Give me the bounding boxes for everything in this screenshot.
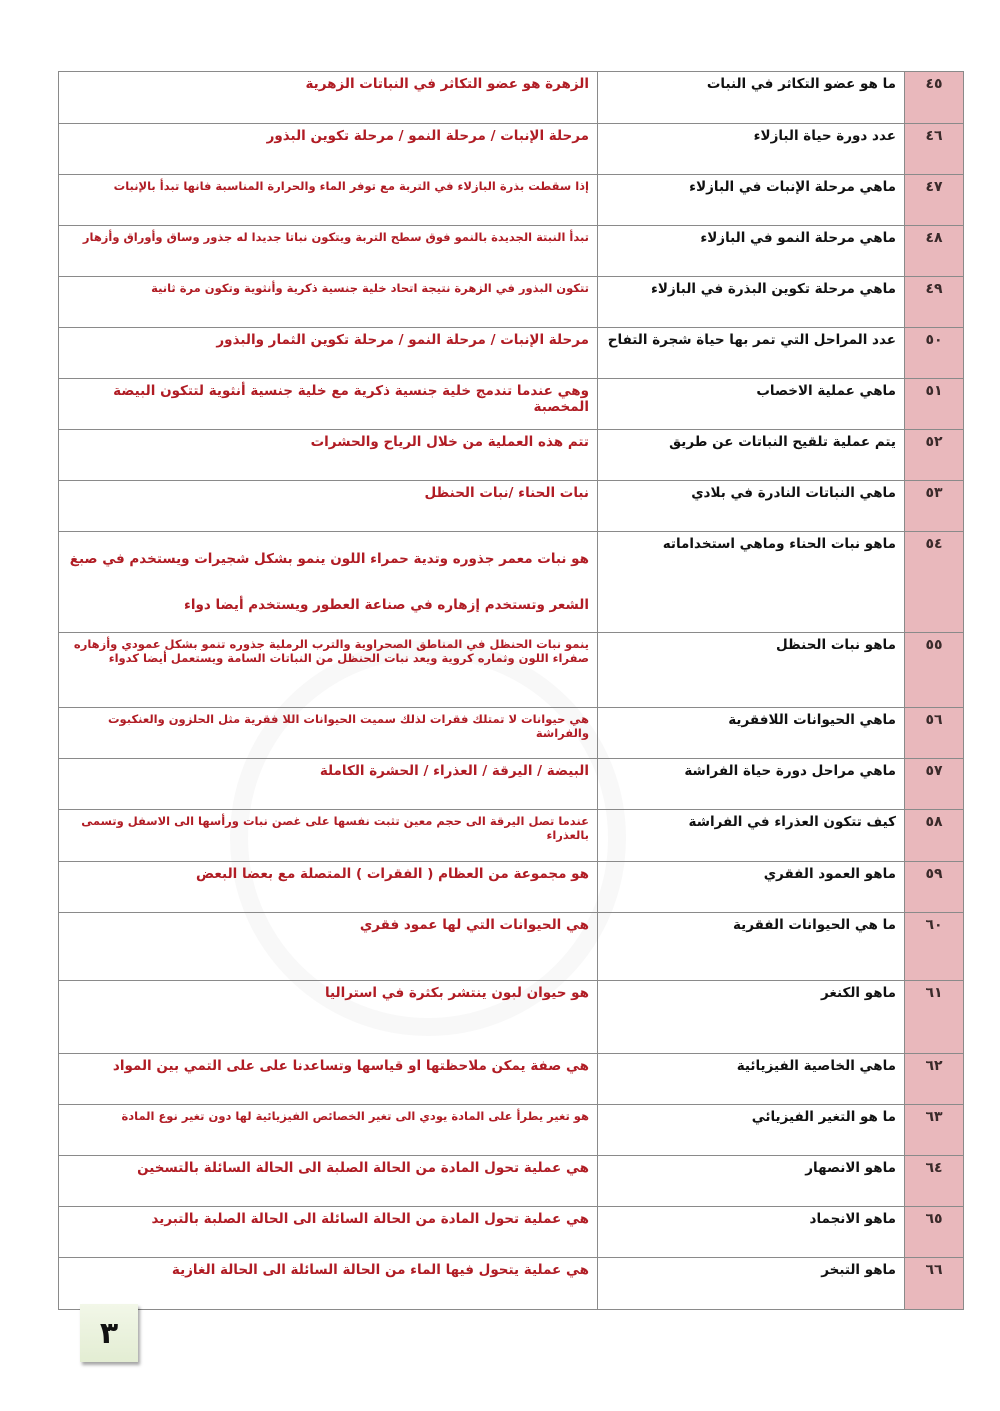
answer-cell: هي حيوانات لا تمتلك فقرات لذلك سميت الحي… [59, 708, 598, 759]
table-row: ٥٦ ماهي الحيوانات اللافقرية هي حيوانات ل… [59, 708, 964, 759]
question-cell: ماهي الحيوانات اللافقرية [598, 708, 905, 759]
qa-table-body: ٤٥ ما هو عضو التكاثر في النبات الزهرة هو… [59, 72, 964, 1310]
question-number: ٥٨ [905, 810, 964, 862]
table-row: ٦١ ماهو الكنغر هو حيوان لبون ينتشر بكثرة… [59, 981, 964, 1054]
question-cell: ماهو نبات الحناء وماهي استخداماته [598, 532, 905, 633]
question-number: ٥٩ [905, 862, 964, 913]
question-cell: ماهو الانصهار [598, 1156, 905, 1207]
table-row: ٥٤ ماهو نبات الحناء وماهي استخداماته هو … [59, 532, 964, 633]
question-number: ٦٢ [905, 1054, 964, 1105]
answer-cell: هي صفة يمكن ملاحظتها او قياسها وتساعدنا … [59, 1054, 598, 1105]
table-row: ٥٩ ماهو العمود الفقري هو مجموعة من العظا… [59, 862, 964, 913]
question-number: ٥٧ [905, 759, 964, 810]
table-row: ٥١ ماهي عملية الاخصاب وهي عندما تندمج خل… [59, 379, 964, 430]
table-row: ٥٨ كيف تتكون العذراء في الفراشة عندما تص… [59, 810, 964, 862]
question-cell: ماهو التبخر [598, 1258, 905, 1310]
table-row: ٥٥ ماهو نبات الحنظل ينمو نبات الحنظل في … [59, 633, 964, 708]
answer-cell: مرحلة الإنبات / مرحلة النمو / مرحلة تكوي… [59, 124, 598, 175]
answer-cell: هو نبات معمر جذوره وتدية حمراء اللون ينم… [59, 532, 598, 633]
table-row: ٥٣ ماهي النباتات النادرة في بلادي نبات ا… [59, 481, 964, 532]
answer-cell: وهي عندما تندمج خلية جنسية ذكرية مع خلية… [59, 379, 598, 430]
page-number: ٣ [100, 1316, 118, 1351]
answer-cell: الزهرة هو عضو التكاثر في النباتات الزهري… [59, 72, 598, 124]
question-cell: ماهي مرحلة الإنبات في البازلاء [598, 175, 905, 226]
table-row: ٦٢ ماهي الخاصية الفيزيائية هي صفة يمكن م… [59, 1054, 964, 1105]
question-cell: ماهي مراحل دورة حياة الفراشة [598, 759, 905, 810]
page-number-box: ٣ [80, 1304, 138, 1362]
table-row: ٦٦ ماهو التبخر هي عملية يتحول فيها الماء… [59, 1258, 964, 1310]
answer-cell: تبدأ النبتة الجديدة بالنمو فوق سطح الترب… [59, 226, 598, 277]
table-row: ٥٧ ماهي مراحل دورة حياة الفراشة البيضة /… [59, 759, 964, 810]
table-row: ٦٠ ما هي الحيوانات الفقرية هي الحيوانات … [59, 913, 964, 981]
question-number: ٥٠ [905, 328, 964, 379]
answer-cell: إذا سقطت بذرة البازلاء في التربة مع توفر… [59, 175, 598, 226]
question-number: ٤٨ [905, 226, 964, 277]
question-cell: كيف تتكون العذراء في الفراشة [598, 810, 905, 862]
question-cell: ماهي مرحلة تكوين البذرة في البازلاء [598, 277, 905, 328]
question-number: ٤٩ [905, 277, 964, 328]
table-row: ٤٧ ماهي مرحلة الإنبات في البازلاء إذا سق… [59, 175, 964, 226]
table-row: ٤٥ ما هو عضو التكاثر في النبات الزهرة هو… [59, 72, 964, 124]
question-cell: ما هي الحيوانات الفقرية [598, 913, 905, 981]
question-number: ٤٦ [905, 124, 964, 175]
question-cell: ماهو العمود الفقري [598, 862, 905, 913]
question-number: ٥٣ [905, 481, 964, 532]
table-row: ٥٢ يتم عملية تلقيح النباتات عن طريق تتم … [59, 430, 964, 481]
table-row: ٦٤ ماهو الانصهار هي عملية تحول المادة من… [59, 1156, 964, 1207]
answer-cell: نبات الحناء /نبات الحنظل [59, 481, 598, 532]
table-row: ٦٥ ماهو الانجماد هي عملية تحول المادة من… [59, 1207, 964, 1258]
table-row: ٤٦ عدد دورة حياة البازلاء مرحلة الإنبات … [59, 124, 964, 175]
question-cell: ما هو عضو التكاثر في النبات [598, 72, 905, 124]
question-cell: ماهو الكنغر [598, 981, 905, 1054]
question-cell: ماهو الانجماد [598, 1207, 905, 1258]
answer-cell: هي عملية تحول المادة من الحالة الصلبة ال… [59, 1156, 598, 1207]
question-number: ٦٠ [905, 913, 964, 981]
question-cell: ماهي النباتات النادرة في بلادي [598, 481, 905, 532]
answer-cell: هي عملية تحول المادة من الحالة السائلة ا… [59, 1207, 598, 1258]
question-cell: ماهي الخاصية الفيزيائية [598, 1054, 905, 1105]
qa-table: ٤٥ ما هو عضو التكاثر في النبات الزهرة هو… [58, 71, 964, 1310]
answer-cell: مرحلة الإنبات / مرحلة النمو / مرحلة تكوي… [59, 328, 598, 379]
answer-cell: هو تغير يطرأ على المادة يودي الى تغير ال… [59, 1105, 598, 1156]
question-number: ٥٢ [905, 430, 964, 481]
answer-cell: تتم هذه العملية من خلال الرياح والحشرات [59, 430, 598, 481]
table-row: ٤٨ ماهي مرحلة النمو في البازلاء تبدأ الن… [59, 226, 964, 277]
answer-cell: هي عملية يتحول فيها الماء من الحالة السا… [59, 1258, 598, 1310]
question-number: ٥٥ [905, 633, 964, 708]
question-cell: ماهو نبات الحنظل [598, 633, 905, 708]
table-row: ٥٠ عدد المراحل التي تمر بها حياة شجرة ال… [59, 328, 964, 379]
question-number: ٤٥ [905, 72, 964, 124]
answer-cell: هو مجموعة من العظام ( الفقرات ) المتصلة … [59, 862, 598, 913]
question-number: ٥١ [905, 379, 964, 430]
answer-cell: عندما تصل اليرقة الى حجم معين تثبت نفسها… [59, 810, 598, 862]
question-number: ٦٤ [905, 1156, 964, 1207]
question-number: ٥٤ [905, 532, 964, 633]
answer-cell: تتكون البذور في الزهرة نتيجة اتحاد خلية … [59, 277, 598, 328]
question-number: ٦٣ [905, 1105, 964, 1156]
question-cell: يتم عملية تلقيح النباتات عن طريق [598, 430, 905, 481]
question-number: ٦٥ [905, 1207, 964, 1258]
table-row: ٦٣ ما هو التغير الفيزيائي هو تغير يطرأ ع… [59, 1105, 964, 1156]
question-number: ٦٦ [905, 1258, 964, 1310]
question-cell: ما هو التغير الفيزيائي [598, 1105, 905, 1156]
question-number: ٤٧ [905, 175, 964, 226]
question-cell: عدد المراحل التي تمر بها حياة شجرة التفا… [598, 328, 905, 379]
answer-cell: هي الحيوانات التي لها عمود فقري [59, 913, 598, 981]
question-number: ٦١ [905, 981, 964, 1054]
answer-cell: البيضة / اليرقة / العذراء / الحشرة الكام… [59, 759, 598, 810]
question-cell: عدد دورة حياة البازلاء [598, 124, 905, 175]
answer-cell: هو حيوان لبون ينتشر بكثرة في استراليا [59, 981, 598, 1054]
question-cell: ماهي مرحلة النمو في البازلاء [598, 226, 905, 277]
table-row: ٤٩ ماهي مرحلة تكوين البذرة في البازلاء ت… [59, 277, 964, 328]
question-cell: ماهي عملية الاخصاب [598, 379, 905, 430]
answer-cell: ينمو نبات الحنظل في المناطق الصحراوية وا… [59, 633, 598, 708]
question-number: ٥٦ [905, 708, 964, 759]
